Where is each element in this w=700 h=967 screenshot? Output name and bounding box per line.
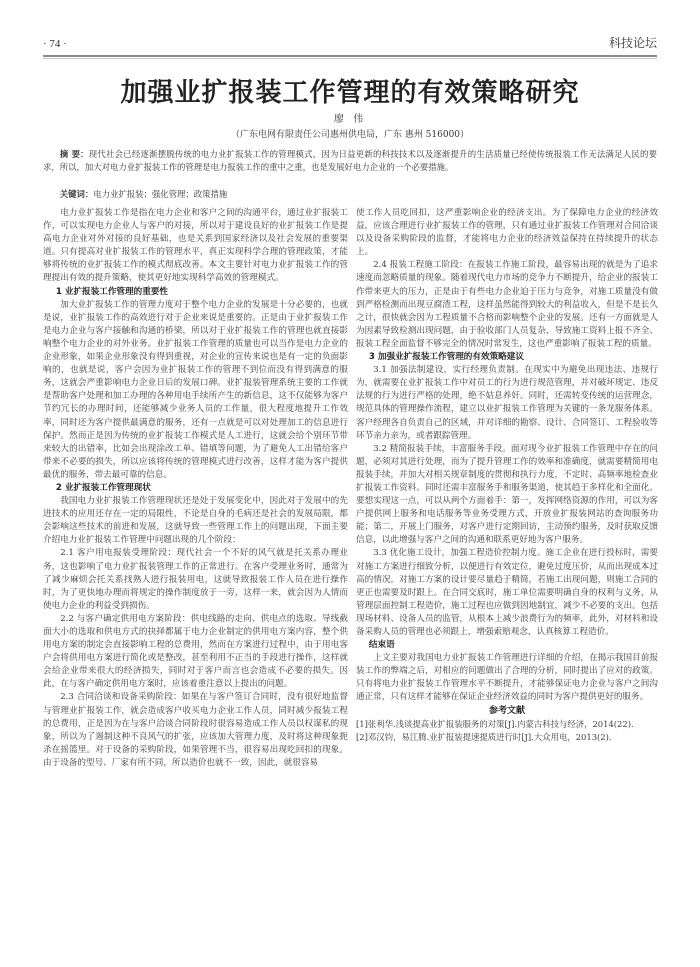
abstract: 摘 要：现代社会已经逐渐摆脱传统的电力业扩报装工作的管理模式，因为日益更新的科技… (43, 148, 657, 174)
article-title: 加强业扩报装工作管理的有效策略研究 (0, 72, 700, 109)
abstract-text: 现代社会已经逐渐摆脱传统的电力业扩报装工作的管理模式，因为日益更新的科技技术以及… (43, 149, 657, 172)
keywords-text: 电力业扩报装；强化管理；政策措施 (93, 189, 227, 199)
keywords: 关键词：电力业扩报装；强化管理；政策措施 (43, 188, 657, 200)
paragraph: 2.1 客户用电报装受理阶段：现代社会一个不好的风气就是托关系办理业务，这也影响… (43, 547, 348, 612)
paragraph: 我国电力业扩报装工作管理现状还是处于发展变化中，因此对于发展中的先进技术的应用还… (43, 495, 348, 547)
section-2-heading: 2 业扩报装工作管理现状 (43, 482, 348, 495)
paragraph: 上文主要对我国电力业扩报装工作管理进行详细的介绍，在揭示我国目前报装工作的弊端之… (356, 652, 658, 704)
section-1-heading: 1 业扩报装工作管理的重要性 (43, 286, 348, 299)
reference-item: [2]邓汉钧，易江腾.业扩报装提速提质进行时[J].大众用电，2013(2). (356, 731, 658, 744)
affiliation: （广东电网有限责任公司惠州供电局，广东 惠州 516000） (0, 127, 700, 140)
paragraph: 加大业扩报装工作的管理力度对于整个电力企业的发展是十分必要的，也就是说，业扩报装… (43, 299, 348, 482)
reference-item: [1]张利华.浅谈提高业扩报装服务的对策[J].内蒙古科技与经济，2014(22… (356, 718, 658, 731)
conclusion-heading: 结束语 (356, 639, 658, 652)
header-rule-thin (43, 58, 657, 59)
keywords-label: 关键词： (60, 189, 94, 199)
paragraph: 3.3 优化施工设计，加强工程造价控制力度。施工企业在进行投标时，需要对施工方案… (356, 547, 658, 639)
header-rule (43, 55, 657, 57)
abstract-label: 摘 要： (60, 149, 89, 159)
paragraph: 2.2 与客户确定供用电方案阶段：供电线路的走向、供电点的选取、导线截面大小的选… (43, 613, 348, 692)
paragraph: 使工作人员吃回扣，这严重影响企业的经济支出。为了保障电力企业的经济效益，应该合理… (356, 207, 658, 259)
page-number: · 74 · (43, 38, 67, 50)
paragraph: 3.2 精简报装手续，丰富服务手段。面对现今业扩报装工作管理中存在的问题，必须对… (356, 443, 658, 548)
paragraph: 2.4 报装工程施工阶段：在报装工作施工阶段，最容易出现的就是为了追求速度而忽略… (356, 259, 658, 351)
running-header: · 74 · 科技论坛 (43, 32, 657, 54)
references-heading: 参考文献 (356, 705, 658, 718)
paragraph: 3.1 加强法制建设，实行经理负责制。在现实中为避免出现违法、违规行为，就需要在… (356, 364, 658, 443)
journal-section: 科技论坛 (609, 34, 657, 51)
intro-paragraph: 电力业扩报装工作是指在电力企业和客户之间的沟通平台，通过业扩报装工作，可以实现电… (43, 207, 348, 286)
left-column: 电力业扩报装工作是指在电力企业和客户之间的沟通平台，通过业扩报装工作，可以实现电… (43, 207, 348, 770)
author: 廖 伟 (0, 110, 700, 125)
right-column: 使工作人员吃回扣，这严重影响企业的经济支出。为了保障电力企业的经济效益，应该合理… (356, 207, 658, 744)
paragraph: 2.3 合同洽谈和设备采购阶段：如果在与客户签订合同时，没有很好地监督与管理业扩… (43, 691, 348, 770)
section-3-heading: 3 加强业扩报装工作管理的有效策略建议 (356, 351, 658, 364)
